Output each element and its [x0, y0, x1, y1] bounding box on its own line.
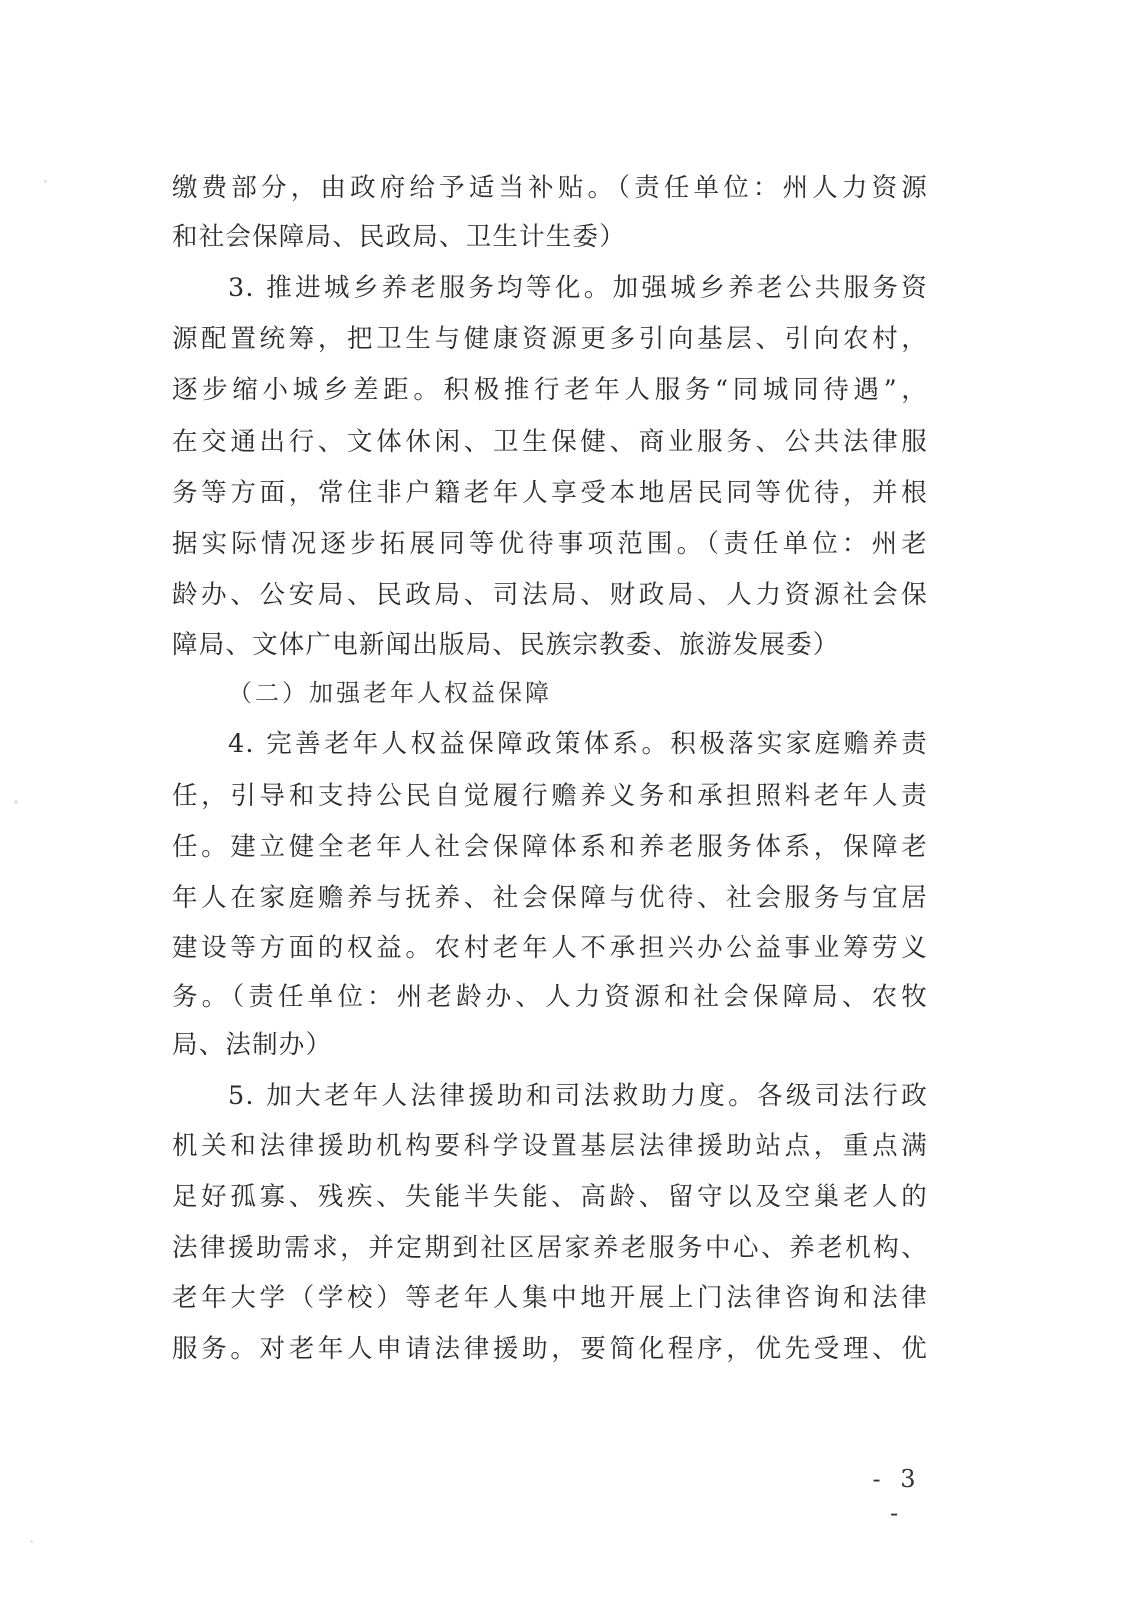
- text-line: 务。（责任单位：州老龄办、人力资源和社会保障局、农牧: [172, 977, 928, 1017]
- scan-speck: [30, 1540, 33, 1543]
- item-3-title-line: 3. 推进城乡养老服务均等化。加强城乡养老公共服务资: [228, 268, 928, 308]
- text-line-continuation: 和社会保障局、民政局、卫生计生委）: [172, 217, 928, 257]
- text-line: 源配置统筹，把卫生与健康资源更多引向基层、引向农村，: [172, 319, 928, 359]
- text-line: 任。建立健全老年人社会保障体系和养老服务体系，保障老: [172, 827, 928, 867]
- text-line: 在交通出行、文体休闲、卫生保健、商业服务、公共法律服: [172, 422, 928, 462]
- text-line-continuation: 缴费部分，由政府给予适当补贴。（责任单位：州人力资源: [172, 168, 928, 208]
- text-line: 老年大学（学校）等老年人集中地开展上门法律咨询和法律: [172, 1278, 928, 1318]
- text-line: 障局、文体广电新闻出版局、民族宗教委、旅游发展委）: [172, 625, 928, 665]
- document-page: 缴费部分，由政府给予适当补贴。（责任单位：州人力资源 和社会保障局、民政局、卫生…: [0, 0, 1131, 1600]
- item-4-title-line: 4. 完善老年人权益保障政策体系。积极落实家庭赡养责: [228, 724, 928, 764]
- text-line: 任，引导和支持公民自觉履行赡养义务和承担照料老年人责: [172, 776, 928, 816]
- item-5-title-line: 5. 加大老年人法律援助和司法救助力度。各级司法行政: [228, 1076, 928, 1116]
- page-number: - 3 -: [862, 1462, 932, 1496]
- text-line: 年人在家庭赡养与抚养、社会保障与优待、社会服务与宜居: [172, 878, 928, 918]
- text-line: 龄办、公安局、民政局、司法局、财政局、人力资源社会保: [172, 575, 928, 615]
- text-line: 务等方面，常住非户籍老年人享受本地居民同等优待，并根: [172, 473, 928, 513]
- text-line: 服务。对老年人申请法律援助，要简化程序，优先受理、优: [172, 1329, 928, 1369]
- scan-speck: [14, 800, 18, 804]
- text-line: 机关和法律援助机构要科学设置基层法律援助站点，重点满: [172, 1126, 928, 1166]
- text-line: 足好孤寡、残疾、失能半失能、高龄、留守以及空巢老人的: [172, 1177, 928, 1217]
- text-line: 据实际情况逐步拓展同等优待事项范围。（责任单位：州老: [172, 524, 928, 564]
- text-line: 建设等方面的权益。农村老年人不承担兴办公益事业筹劳义: [172, 928, 928, 968]
- text-line: 局、法制办）: [172, 1025, 928, 1065]
- section-heading: （二）加强老年人权益保障: [228, 673, 984, 713]
- text-line: 法律援助需求，并定期到社区居家养老服务中心、养老机构、: [172, 1228, 928, 1268]
- scan-speck: [44, 180, 47, 183]
- text-line: 逐步缩小城乡差距。积极推行老年人服务“同城同待遇”，: [172, 370, 928, 410]
